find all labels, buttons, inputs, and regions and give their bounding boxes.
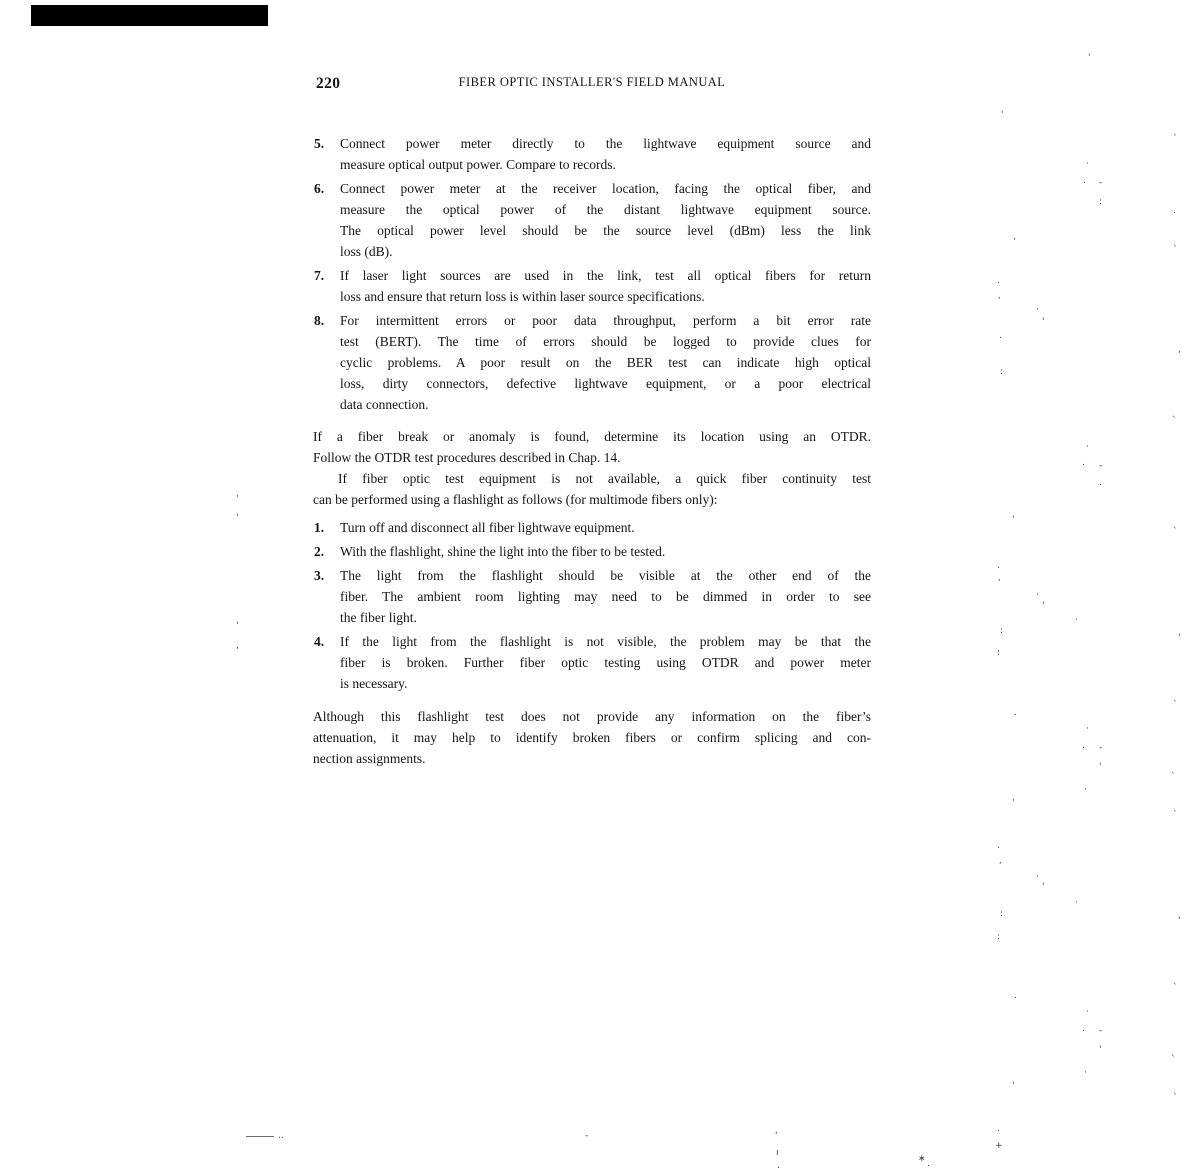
scan-speck: . — [1173, 208, 1176, 214]
scan-speck: ' — [236, 515, 238, 521]
scan-speck: . — [997, 1126, 1000, 1132]
text-line: fiber. The ambient room lighting may nee… — [340, 586, 871, 607]
list-item-number: 7. — [314, 265, 324, 286]
text-line: attenuation, it may help to identify bro… — [313, 727, 871, 748]
scan-speck: . — [777, 1163, 780, 1169]
text-line: Follow the OTDR test procedures describe… — [313, 447, 871, 468]
scan-speck: : — [1000, 911, 1003, 917]
scan-speck: . — [1082, 460, 1085, 466]
scan-speck: - — [1099, 180, 1102, 186]
scan-speck: · — [1086, 1009, 1089, 1015]
scan-speck: , — [236, 643, 239, 649]
scan-speck: : — [1099, 199, 1102, 205]
text-line: loss and ensure that return loss is with… — [340, 286, 871, 307]
page-title: FIBER OPTIC INSTALLER'S FIELD MANUAL — [313, 75, 871, 90]
list-item: 8.For intermittent errors or poor data t… — [313, 310, 871, 415]
list-item-number: 2. — [314, 541, 324, 562]
scan-speck: · — [1036, 592, 1039, 598]
scan-speck: · — [1036, 307, 1039, 313]
scan-speck: . — [1083, 178, 1086, 184]
scan-speck: ʹ — [998, 581, 1001, 587]
numbered-list: 5.Connect power meter directly to the li… — [313, 133, 871, 415]
text-line: Although this flashlight test does not p… — [313, 706, 871, 727]
scan-speck: - — [1099, 463, 1102, 469]
scan-speck: ' — [1088, 55, 1090, 61]
scan-speck: ∗ — [918, 1156, 926, 1162]
scan-speck: - — [1099, 745, 1102, 751]
scan-speck: . — [1014, 993, 1017, 999]
list-item-number: 4. — [314, 631, 324, 652]
scanned-book-page: 220 FIBER OPTIC INSTALLER'S FIELD MANUAL… — [0, 0, 1191, 1174]
scan-speck: · — [1084, 1070, 1087, 1076]
text-line: If the light from the flashlight is not … — [340, 631, 871, 652]
list-item-number: 1. — [314, 517, 324, 538]
list-item: 6.Connect power meter at the receiver lo… — [313, 178, 871, 262]
scan-speck: · — [1075, 900, 1078, 906]
scan-speck: . — [997, 563, 1000, 569]
list-item: 5.Connect power meter directly to the li… — [313, 133, 871, 175]
list-item: 1.Turn off and disconnect all fiber ligh… — [313, 517, 871, 538]
scan-speck: · — [1075, 617, 1078, 623]
scan-speck: ` — [1173, 136, 1178, 142]
text-line: loss (dB). — [340, 241, 871, 262]
paragraph: If fiber optic test equipment is not ava… — [313, 468, 871, 510]
scan-speck: . — [1099, 480, 1102, 486]
scan-speck: ' — [1178, 635, 1180, 641]
scan-speck: . — [999, 333, 1002, 339]
scan-speck: ` — [1172, 418, 1177, 424]
scan-speck: · — [1036, 874, 1039, 880]
scan-speck: ʹ — [998, 299, 1001, 305]
numbered-list: 1.Turn off and disconnect all fiber ligh… — [313, 517, 871, 694]
scan-speck: · — [1086, 444, 1089, 450]
scan-speck: ` — [1173, 985, 1178, 991]
text-line: For intermittent errors or poor data thr… — [340, 310, 871, 331]
text-line: With the flashlight, shine the light int… — [340, 541, 871, 562]
body-text: 5.Connect power meter directly to the li… — [313, 133, 871, 769]
scan-speck: .. — [278, 1133, 284, 1139]
text-line: test (BERT). The time of errors should b… — [340, 331, 871, 352]
text-line: If laser light sources are used in the l… — [340, 265, 871, 286]
text-line: Turn off and disconnect all fiber lightw… — [340, 517, 871, 538]
scan-speck: ‚ — [1013, 234, 1016, 240]
page-number: 220 — [316, 75, 340, 93]
scan-speck: . — [1014, 710, 1017, 716]
scan-speck: ` — [1173, 1095, 1178, 1101]
paragraph: If a fiber break or anomaly is found, de… — [313, 426, 871, 468]
text-line: If a fiber break or anomaly is found, de… — [313, 426, 871, 447]
text-line: data connection. — [340, 394, 871, 415]
scan-speck: . — [1082, 1026, 1085, 1032]
scan-speck: ` — [1173, 247, 1178, 253]
scan-speck: ' — [1042, 884, 1044, 890]
scan-speck: ' — [1099, 1047, 1101, 1053]
text-line: cyclic problems. A poor result on the BE… — [340, 352, 871, 373]
scan-speck: ` — [1171, 774, 1176, 780]
scan-speck: ' — [775, 1133, 777, 1139]
list-item-number: 6. — [314, 178, 324, 199]
list-item: 4.If the light from the flashlight is no… — [313, 631, 871, 694]
scan-speck: . — [997, 843, 1000, 849]
scan-speck: ' — [1012, 800, 1014, 806]
scan-speck: . — [1082, 743, 1085, 749]
text-line: nection assignments. — [313, 748, 871, 769]
list-item: 2.With the flashlight, shine the light i… — [313, 541, 871, 562]
scan-artifact-bar — [31, 5, 268, 26]
list-item: 7.If laser light sources are used in the… — [313, 265, 871, 307]
scan-speck: ` — [1173, 812, 1178, 818]
scan-speck: : — [1000, 628, 1003, 634]
text-line: The optical power level should be the so… — [340, 220, 871, 241]
scan-speck: : — [997, 934, 1000, 940]
list-item-number: 3. — [314, 565, 324, 586]
scan-speck: ` — [1173, 529, 1178, 535]
scan-speck: ' — [1012, 517, 1014, 523]
text-line: If fiber optic test equipment is not ava… — [313, 468, 871, 489]
text-column: 220 FIBER OPTIC INSTALLER'S FIELD MANUAL… — [313, 75, 871, 769]
scan-speck: ` — [1173, 702, 1178, 708]
scan-speck — [246, 1136, 274, 1137]
scan-speck: ' — [236, 623, 238, 629]
text-line: The light from the flashlight should be … — [340, 565, 871, 586]
list-item-number: 8. — [314, 310, 324, 331]
scan-speck: + — [995, 1143, 1003, 1149]
running-header: 220 FIBER OPTIC INSTALLER'S FIELD MANUAL — [313, 75, 871, 92]
scan-speck: ' — [1042, 603, 1044, 609]
scan-speck: ' — [1099, 764, 1101, 770]
text-line: Connect power meter at the receiver loca… — [340, 178, 871, 199]
scan-speck: ' — [236, 496, 238, 502]
scan-speck: ı — [776, 1150, 779, 1156]
text-line: can be performed using a flashlight as f… — [313, 489, 871, 510]
text-line: is necessary. — [340, 673, 871, 694]
text-line: measure optical output power. Compare to… — [340, 154, 871, 175]
text-line: loss, dirty connectors, defective lightw… — [340, 373, 871, 394]
scan-speck: ' — [1001, 112, 1003, 118]
text-line: Connect power meter directly to the ligh… — [340, 133, 871, 154]
paragraph: Although this flashlight test does not p… — [313, 706, 871, 769]
scan-speck: · — [1086, 161, 1089, 167]
scan-speck: ' — [1178, 918, 1180, 924]
scan-speck: ʹ — [999, 864, 1002, 870]
scan-speck: - — [585, 1133, 588, 1139]
scan-speck: · — [1086, 726, 1089, 732]
scan-speck: ` — [1171, 1057, 1176, 1063]
list-item-number: 5. — [314, 133, 324, 154]
text-line: fiber is broken. Further fiber optic tes… — [340, 652, 871, 673]
scan-speck: ' — [1042, 319, 1044, 325]
scan-speck: : — [1000, 369, 1003, 375]
text-line: the fiber light. — [340, 607, 871, 628]
text-line: measure the optical power of the distant… — [340, 199, 871, 220]
list-item: 3.The light from the flashlight should b… — [313, 565, 871, 628]
scan-speck: . — [927, 1161, 930, 1167]
scan-speck: . — [997, 278, 1000, 284]
scan-speck: · — [1084, 787, 1087, 793]
scan-speck: - — [1099, 1028, 1102, 1034]
scan-speck: : — [997, 650, 1000, 656]
scan-speck: ' — [1178, 352, 1180, 358]
scan-speck: ' — [1012, 1083, 1014, 1089]
